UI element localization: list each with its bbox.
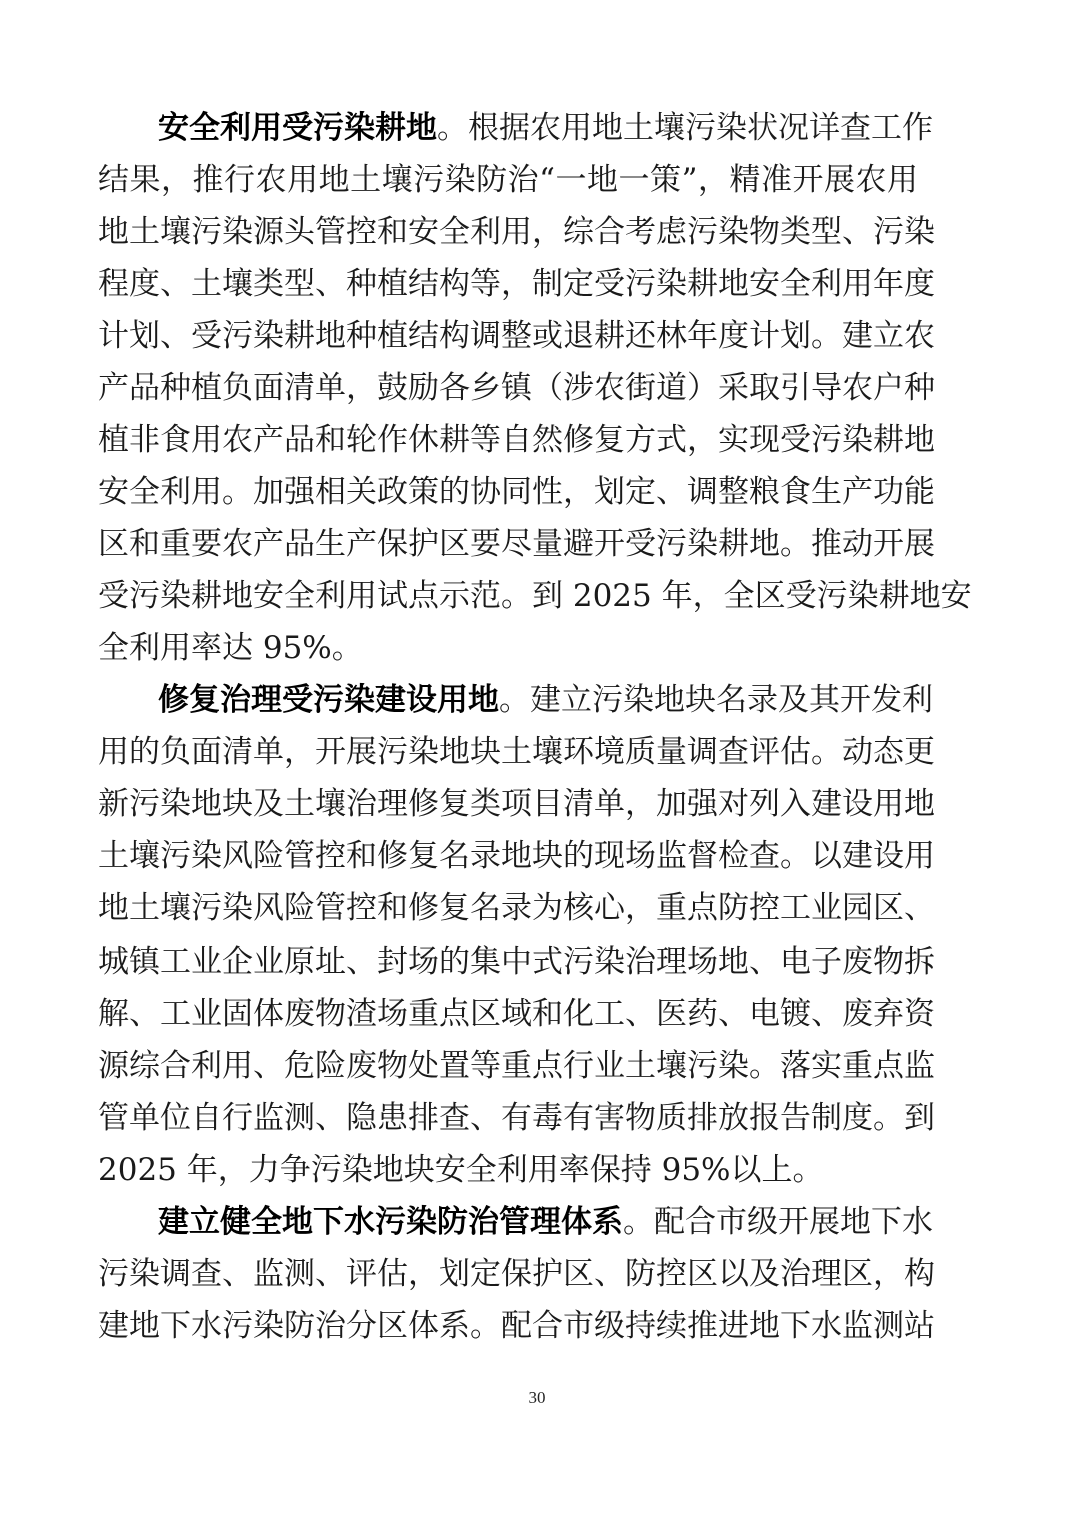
paragraph-line: 新污染地块及土壤治理修复类项目清单，加强对列入建设用地 — [98, 778, 918, 830]
paragraph-line: 建地下水污染防治分区体系。配合市级持续推进地下水监测站 — [98, 1300, 918, 1352]
paragraph-line: 结果，推行农用地土壤污染防治“一地一策”，精准开展农用 — [98, 154, 918, 206]
paragraph-line: 城镇工业企业原址、封场的集中式污染治理场地、电子废物拆 — [98, 936, 918, 988]
paragraph-line: 污染调查、监测、评估，划定保护区、防控区以及治理区，构 — [98, 1248, 918, 1300]
line-text: 。配合市级开展地下水 — [623, 1204, 933, 1240]
document-page: 安全利用受污染耕地。根据农用地土壤污染状况详查工作 结果，推行农用地土壤污染防治… — [0, 0, 1074, 1520]
paragraph-line: 产品种植负面清单，鼓励各乡镇（涉农街道）采取引导农户种 — [98, 362, 918, 414]
page-number: 30 — [0, 1388, 1074, 1408]
paragraph-line: 全利用率达 95%。 — [98, 622, 918, 674]
paragraph-line: 程度、土壤类型、种植结构等，制定受污染耕地安全利用年度 — [98, 258, 918, 310]
paragraph-line: 受污染耕地安全利用试点示范。到 2025 年，全区受污染耕地安 — [98, 570, 918, 622]
paragraph-line: 安全利用。加强相关政策的协同性，划定、调整粮食生产功能 — [98, 466, 918, 518]
paragraph-line: 土壤污染风险管控和修复名录地块的现场监督检查。以建设用 — [98, 830, 918, 882]
paragraph-line: 地土壤污染风险管控和修复名录为核心，重点防控工业园区、 — [98, 882, 918, 934]
paragraph-line: 源综合利用、危险废物处置等重点行业土壤污染。落实重点监 — [98, 1040, 918, 1092]
section-heading: 建立健全地下水污染防治管理体系 — [158, 1204, 623, 1240]
paragraph-line: 区和重要农产品生产保护区要尽量避开受污染耕地。推动开展 — [98, 518, 918, 570]
paragraph-line: 植非食用农产品和轮作休耕等自然修复方式，实现受污染耕地 — [98, 414, 918, 466]
line-text: 。根据农用地土壤污染状况详查工作 — [437, 110, 933, 146]
paragraph-line: 安全利用受污染耕地。根据农用地土壤污染状况详查工作 — [158, 102, 918, 154]
section-heading: 修复治理受污染建设用地 — [158, 682, 499, 718]
section-heading: 安全利用受污染耕地 — [158, 110, 437, 146]
paragraph-line: 地土壤污染源头管控和安全利用，综合考虑污染物类型、污染 — [98, 206, 918, 258]
paragraph-line: 2025 年，力争污染地块安全利用率保持 95%以上。 — [98, 1144, 918, 1196]
paragraph-line: 计划、受污染耕地种植结构调整或退耕还林年度计划。建立农 — [98, 310, 918, 362]
paragraph-line: 建立健全地下水污染防治管理体系。配合市级开展地下水 — [158, 1196, 918, 1248]
paragraph-line: 管单位自行监测、隐患排查、有毒有害物质排放报告制度。到 — [98, 1092, 918, 1144]
paragraph-line: 解、工业固体废物渣场重点区域和化工、医药、电镀、废弃资 — [98, 988, 918, 1040]
paragraph-line: 用的负面清单，开展污染地块土壤环境质量调查评估。动态更 — [98, 726, 918, 778]
line-text: 。建立污染地块名录及其开发利 — [499, 682, 933, 718]
paragraph-line: 修复治理受污染建设用地。建立污染地块名录及其开发利 — [158, 674, 918, 726]
